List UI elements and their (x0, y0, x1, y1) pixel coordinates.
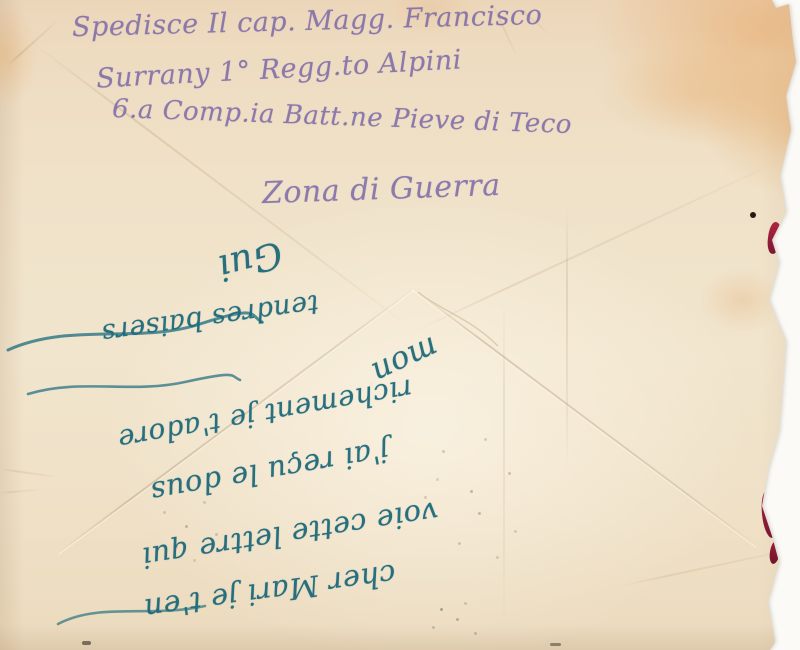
message-line-4: richement je t'adore (100, 370, 431, 460)
vertical-crease-2 (503, 300, 505, 630)
red-fiber-mark-3 (768, 539, 782, 564)
flourish-strokes (0, 0, 800, 650)
flap-tip-highlight (418, 292, 498, 346)
flourish-underline-3 (58, 606, 205, 624)
message-line-5: mon (357, 325, 454, 396)
top-flap-right-crease (415, 155, 791, 332)
bottom-flap-right-crease (412, 288, 758, 547)
message-line-7: Gui (182, 225, 318, 296)
message-line-6: tendres baisers (94, 287, 326, 350)
sender-line-4: Zona di Guerra (261, 168, 501, 211)
corner-crease-top-left (5, 18, 60, 68)
edge-speck-1 (82, 641, 91, 645)
message-line-2: voie cette lettre qui (119, 492, 460, 579)
flourish-underline-2 (28, 375, 240, 394)
top-flap-left-crease (29, 40, 415, 332)
edge-speck-2 (550, 643, 561, 646)
sender-line-2: Surrany 1° Regg.to Alpini (95, 44, 462, 94)
message-line-1: cher Mari je t'en (114, 554, 426, 631)
wrinkle-top-center-1 (491, 3, 518, 58)
red-fiber-mark-1 (766, 221, 783, 254)
crease-bottom-right (620, 547, 800, 587)
wrinkle-top-center-2 (519, 8, 551, 35)
red-fiber-mark-2 (760, 489, 780, 538)
vertical-crease-1 (566, 205, 568, 470)
crease-bottom-left-1 (0, 468, 60, 478)
black-dot (750, 212, 756, 218)
postmark-ghost-speckles-2 (185, 525, 188, 528)
photo-stage: Spedisce Il cap. Magg. Francisco Surrany… (0, 0, 800, 650)
envelope-shadow: Spedisce Il cap. Magg. Francisco Surrany… (0, 0, 800, 650)
flourish-underline-1 (8, 313, 262, 350)
ink-speckles-bottom (440, 608, 443, 611)
crease-bottom-left-2 (0, 488, 42, 494)
sender-line-1: Spedisce Il cap. Magg. Francisco (72, 0, 543, 43)
postmark-ghost-speckles-1 (470, 490, 473, 493)
message-line-3: j'ai reçu le dous (119, 429, 420, 515)
sender-line-3: 6.a Comp.ia Batt.ne Pieve di Teco (112, 94, 573, 140)
bottom-flap-left-crease (57, 288, 414, 554)
envelope-back: Spedisce Il cap. Magg. Francisco Surrany… (0, 0, 800, 650)
